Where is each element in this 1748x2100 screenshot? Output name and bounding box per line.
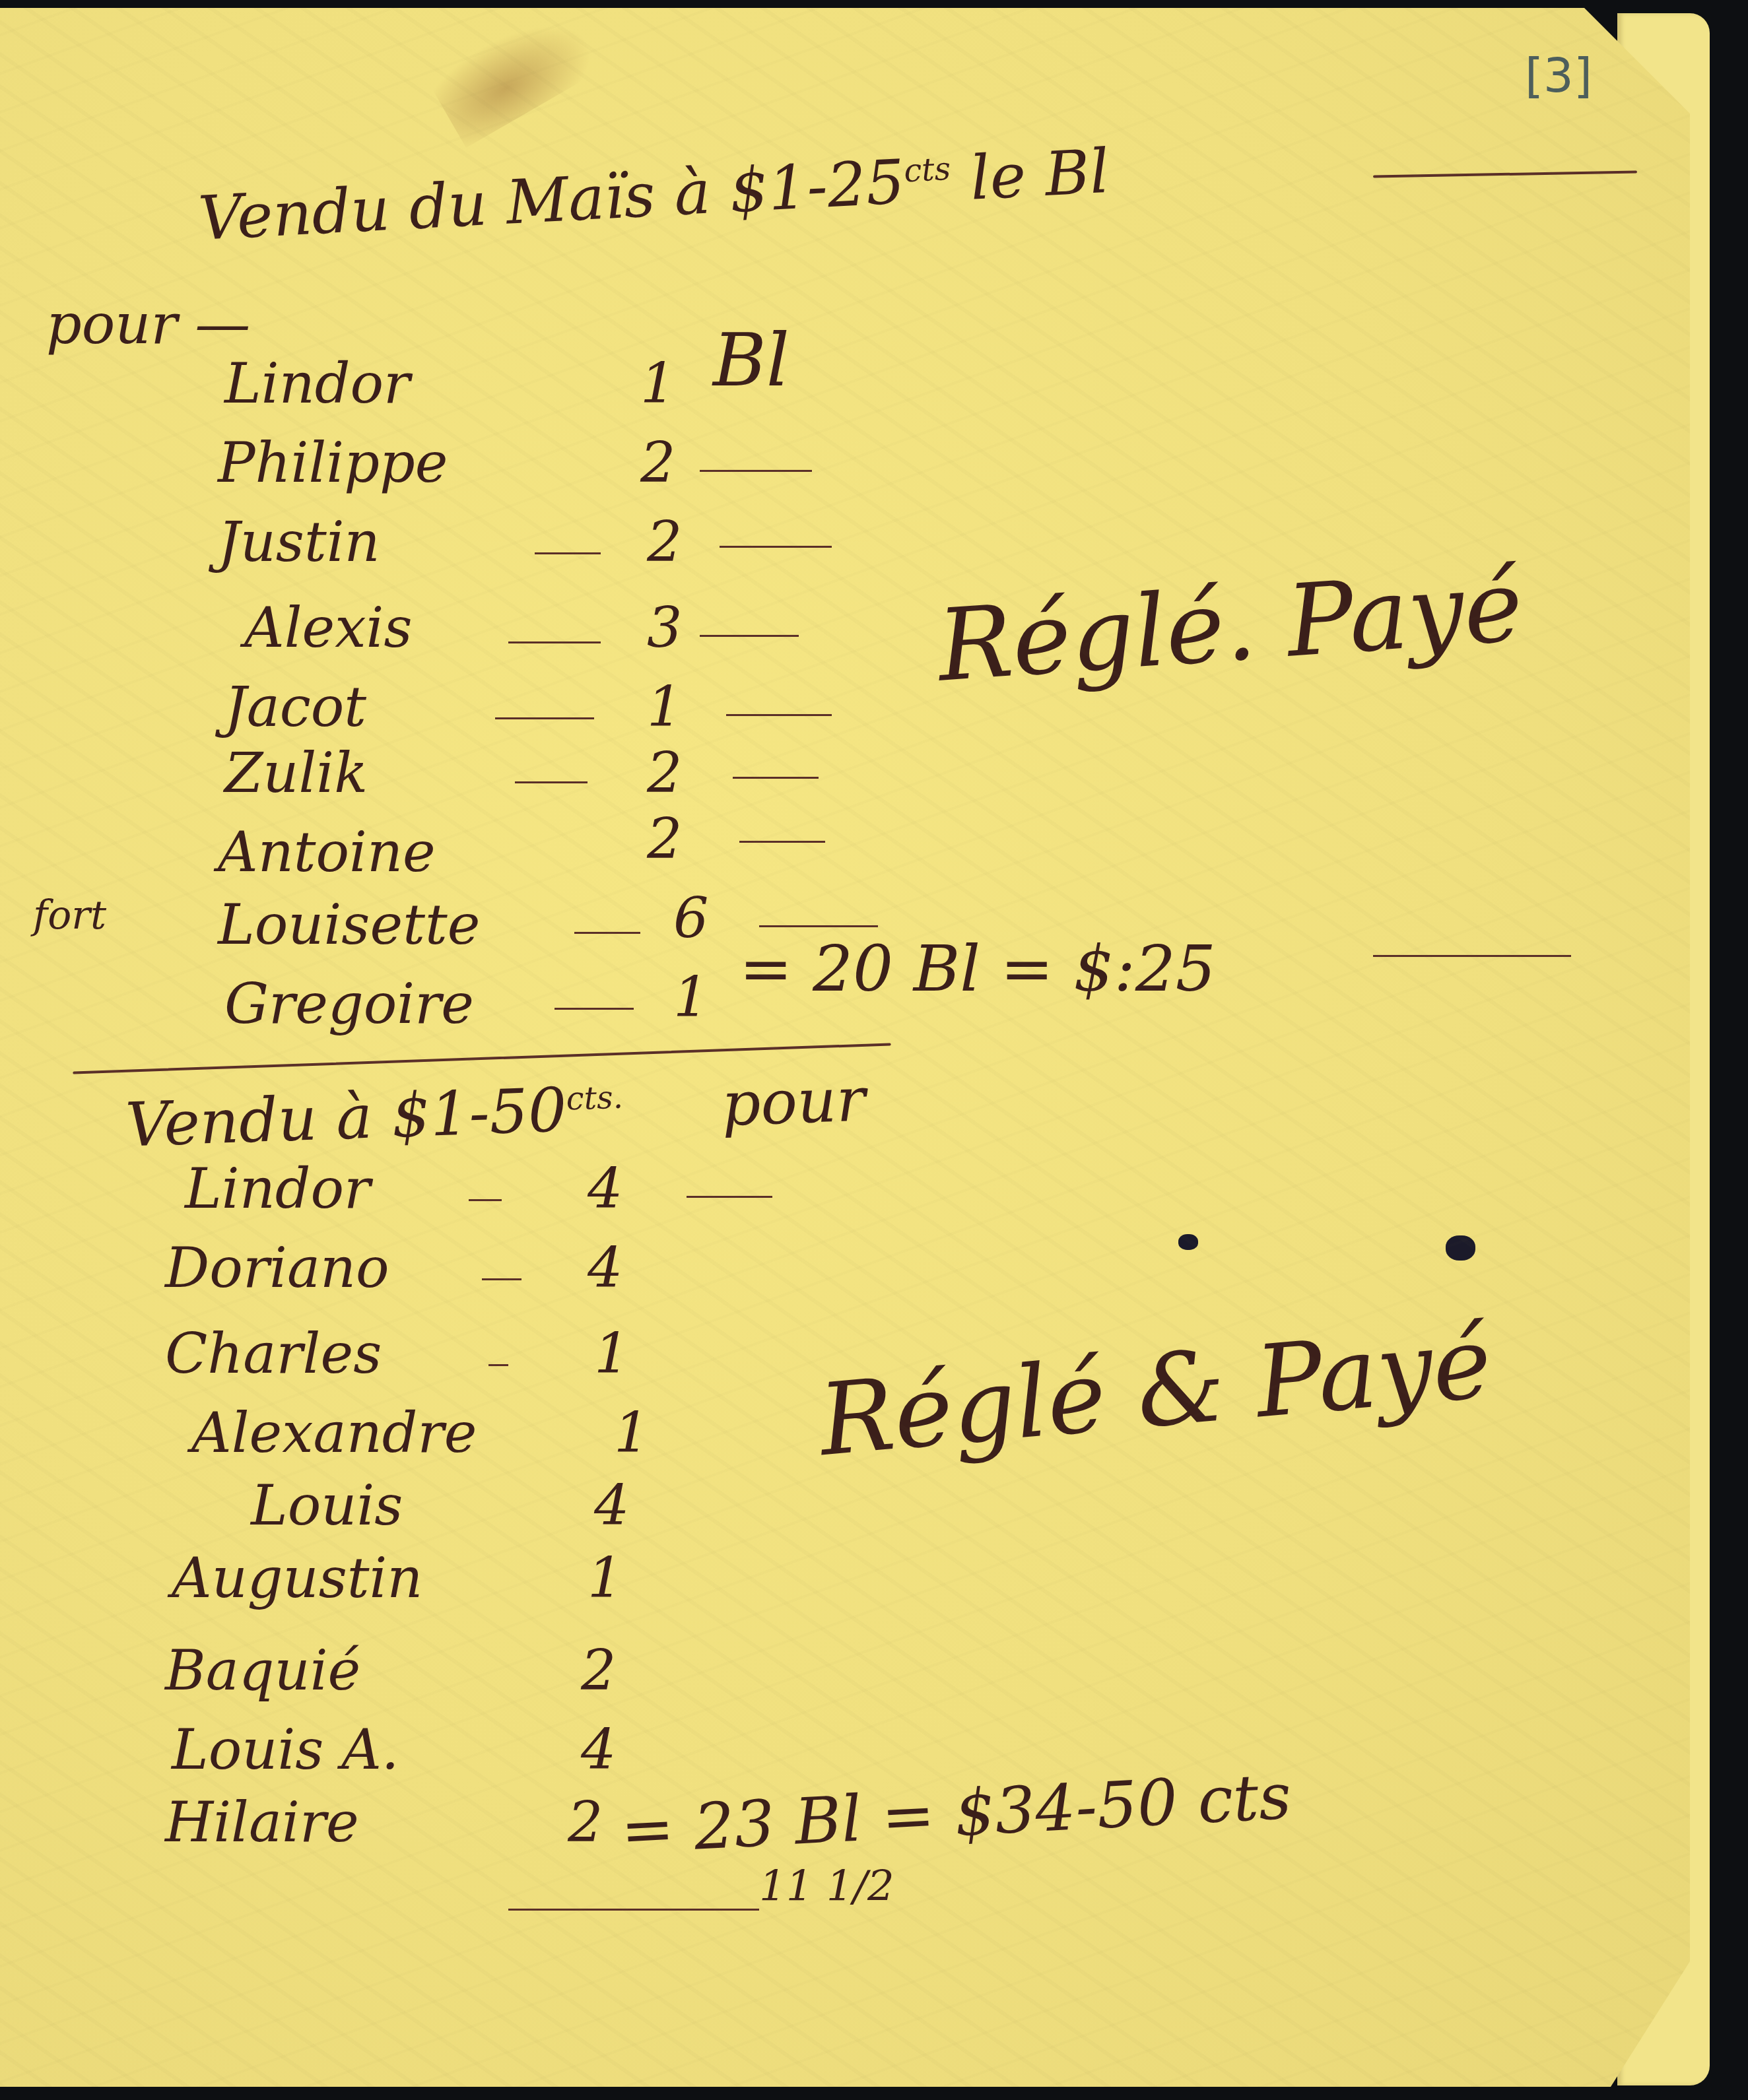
dash-line: [574, 932, 640, 934]
dash-line: [700, 635, 799, 637]
list-item-name: Baquié: [165, 1638, 360, 1703]
heading-price-unit: cts: [903, 150, 952, 190]
heading-price: $1-50: [390, 1074, 568, 1151]
list-item-qty: 1: [673, 965, 708, 1030]
list-item-qty: 1: [594, 1321, 629, 1386]
manuscript-page: [3] Vendu du Maïs à $1-25cts le Bl pour …: [0, 8, 1690, 2087]
list-item-name: Jacot: [224, 674, 366, 739]
dash-line: [759, 925, 878, 927]
section-1-heading: Vendu du Maïs à $1-25cts le Bl: [197, 136, 1111, 254]
heading-text: Vendu à: [124, 1082, 373, 1161]
settled-note-1: Réglé. Payé: [934, 548, 1526, 704]
dash-line: [535, 552, 601, 554]
total-underline: [1373, 955, 1571, 957]
list-item-name: Antoine: [218, 820, 436, 884]
list-item-qty: 6: [673, 886, 708, 950]
margin-note: fort: [33, 892, 106, 938]
heading-price-unit: cts.: [566, 1079, 624, 1118]
page-number: [3]: [1525, 48, 1592, 103]
list-item-name: Lindor: [185, 1156, 370, 1221]
list-item-unit: Bl: [713, 318, 790, 403]
section-2-total: = 23 Bl = $34-50 cts: [619, 1759, 1293, 1868]
list-item-name: Lindor: [224, 351, 410, 416]
list-item-name: Zulik: [224, 740, 368, 805]
heading-price: $1-25: [728, 147, 906, 226]
list-item-qty: 4: [588, 1235, 622, 1300]
dash-line: [700, 470, 812, 472]
list-item-qty: 1: [640, 351, 675, 416]
list-item-name: Charles: [165, 1321, 382, 1386]
dash-line: [739, 841, 825, 843]
dash-line: [488, 1364, 508, 1366]
dash-line: [508, 641, 601, 643]
list-item-qty: 2: [640, 430, 675, 495]
list-item-name: Louis A.: [172, 1717, 399, 1782]
ink-stain: [426, 0, 603, 148]
dash-line: [733, 777, 819, 779]
list-item-name: Philippe: [218, 430, 448, 495]
list-item-qty: 2: [568, 1790, 603, 1854]
list-item-name: Alexandre: [191, 1400, 477, 1465]
list-item-name: Gregoire: [224, 971, 474, 1036]
pour-label: pour —: [46, 292, 250, 356]
list-item-qty: 2: [581, 1638, 616, 1703]
total-fraction-note: 11 1/2: [759, 1862, 894, 1911]
heading-per: le: [968, 141, 1027, 214]
list-item-name: Hilaire: [165, 1790, 359, 1854]
total-underline: [508, 1909, 759, 1911]
section-1-total: = 20 Bl = $:25: [739, 932, 1216, 1006]
list-item-qty: 2: [647, 740, 682, 805]
dash-line: [726, 714, 832, 716]
list-item-qty: 1: [614, 1400, 649, 1465]
list-item-name: Louisette: [218, 892, 480, 957]
heading-underline: [1373, 171, 1637, 178]
heading-text: Vendu du Maïs à: [197, 157, 712, 254]
heading-unit: Bl: [1043, 136, 1110, 210]
ink-blot: [1446, 1235, 1475, 1261]
dash-line: [469, 1199, 502, 1201]
dash-line: [482, 1278, 521, 1280]
list-item-qty: 2: [647, 509, 682, 574]
list-item-qty: 1: [588, 1546, 622, 1610]
list-item-name: Augustin: [172, 1546, 422, 1610]
list-item-qty: 4: [588, 1156, 622, 1221]
list-item-name: Justin: [218, 509, 380, 574]
settled-note-2: Réglé & Payé: [815, 1305, 1496, 1478]
dash-line: [515, 781, 588, 783]
dash-line: [720, 546, 832, 548]
heading-suffix: pour: [721, 1064, 867, 1140]
list-item-qty: 4: [581, 1717, 616, 1782]
dash-line: [495, 717, 594, 719]
list-item-qty: 4: [594, 1473, 629, 1538]
list-item-qty: 2: [647, 806, 682, 871]
dash-line: [687, 1196, 772, 1198]
list-item-name: Doriano: [165, 1235, 389, 1300]
list-item-name: Louis: [251, 1473, 403, 1538]
section-2-heading: Vendu à $1-50cts. pour: [124, 1064, 866, 1160]
ink-blot: [1178, 1234, 1198, 1250]
list-item-name: Alexis: [244, 595, 413, 660]
dash-line: [555, 1008, 634, 1010]
list-item-qty: 3: [647, 595, 682, 660]
list-item-qty: 1: [647, 674, 682, 739]
